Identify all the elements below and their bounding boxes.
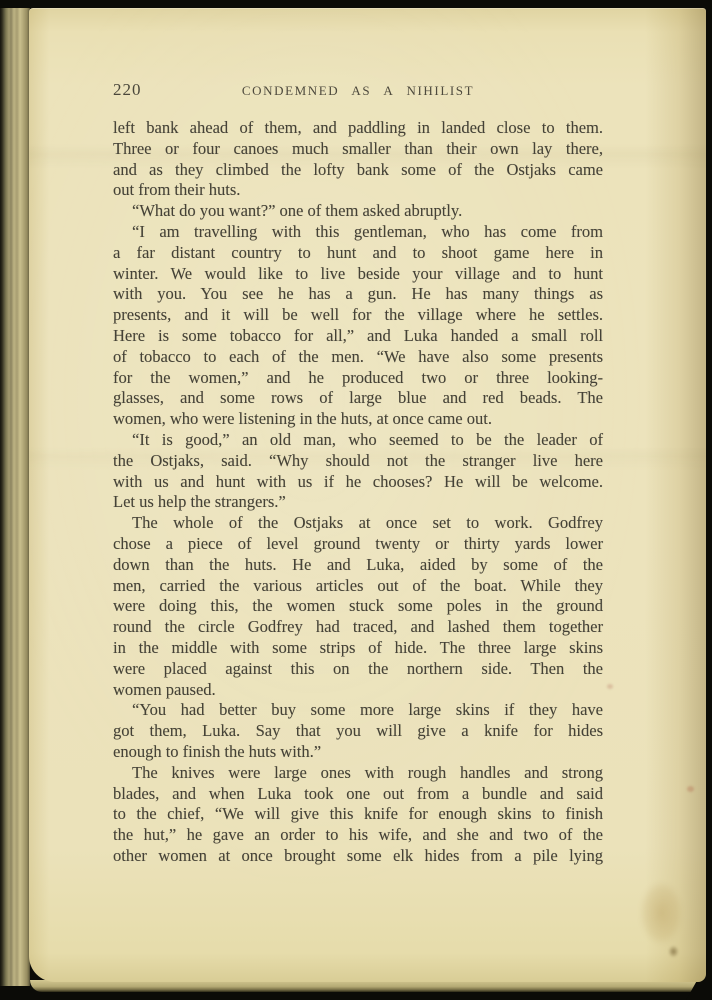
text-line: women, who were listening in the huts, a… — [113, 409, 603, 430]
text-line: the Ostjaks, said. “Why should not the s… — [113, 451, 603, 472]
text-line: with us and hunt with us if he chooses? … — [113, 472, 603, 493]
paragraph: The whole of the Ostjaks at once set to … — [113, 513, 603, 700]
paragraph: left bank ahead of them, and paddling in… — [113, 118, 603, 201]
book-page: 220 CONDEMNED AS A NIHILIST left bank ah… — [29, 8, 706, 982]
text-line: the hut,” he gave an order to his wife, … — [113, 825, 603, 846]
text-line: were placed against this on the northern… — [113, 659, 603, 680]
text-line: glasses, and some rows of large blue and… — [113, 388, 603, 409]
text-line: Three or four canoes much smaller than t… — [113, 139, 603, 160]
text-line: presents, and it will be well for the vi… — [113, 305, 603, 326]
text-line: to the chief, “We will give this knife f… — [113, 804, 603, 825]
text-line: down than the huts. He and Luka, aided b… — [113, 555, 603, 576]
paper-stain — [607, 684, 613, 689]
book-scan: 220 CONDEMNED AS A NIHILIST left bank ah… — [0, 0, 712, 1000]
text-line: with you. You see he has a gun. He has m… — [113, 284, 603, 305]
text-line: chose a piece of level ground twenty or … — [113, 534, 603, 555]
text-line: Here is some tobacco for all,” and Luka … — [113, 326, 603, 347]
paragraph: “It is good,” an old man, who seemed to … — [113, 430, 603, 513]
text-line: of tobacco to each of the men. “We have … — [113, 347, 603, 368]
paragraph: “I am travelling with this gentleman, wh… — [113, 222, 603, 430]
paper-stain — [666, 943, 681, 960]
text-line: blades, and when Luka took one out from … — [113, 784, 603, 805]
text-line: winter. We would like to live beside you… — [113, 264, 603, 285]
text-line: Let us help the strangers.” — [113, 492, 603, 513]
text-line: in the middle with some strips of hide. … — [113, 638, 603, 659]
text-line: for the women,” and he produced two or t… — [113, 368, 603, 389]
text-line: women paused. — [113, 680, 603, 701]
paragraph: “You had better buy some more large skin… — [113, 700, 603, 762]
text-line: “It is good,” an old man, who seemed to … — [113, 430, 603, 451]
text-line: out from their huts. — [113, 180, 603, 201]
text-line: “What do you want?” one of them asked ab… — [113, 201, 603, 222]
page-number: 220 — [113, 80, 142, 100]
paragraph: “What do you want?” one of them asked ab… — [113, 201, 603, 222]
text-line: a far distant country to hunt and to sho… — [113, 243, 603, 264]
text-line: men, carried the various articles out of… — [113, 576, 603, 597]
body-text: left bank ahead of them, and paddling in… — [113, 118, 603, 867]
paper-stain — [632, 870, 690, 956]
text-line: and as they climbed the lofty bank some … — [113, 160, 603, 181]
text-line: left bank ahead of them, and paddling in… — [113, 118, 603, 139]
running-title: CONDEMNED AS A NIHILIST — [113, 80, 603, 99]
text-line: The knives were large ones with rough ha… — [113, 763, 603, 784]
text-line: other women at once brought some elk hid… — [113, 846, 603, 867]
page-edges-left — [0, 8, 30, 986]
running-head: 220 CONDEMNED AS A NIHILIST — [113, 80, 603, 102]
text-line: “I am travelling with this gentleman, wh… — [113, 222, 603, 243]
text-line: were doing this, the women stuck some po… — [113, 596, 603, 617]
paragraph: The knives were large ones with rough ha… — [113, 763, 603, 867]
text-column: 220 CONDEMNED AS A NIHILIST left bank ah… — [113, 8, 603, 867]
text-line: “You had better buy some more large skin… — [113, 700, 603, 721]
text-line: The whole of the Ostjaks at once set to … — [113, 513, 603, 534]
paper-stain — [687, 786, 694, 792]
text-line: enough to finish the huts with.” — [113, 742, 603, 763]
text-line: round the circle Godfrey had traced, and… — [113, 617, 603, 638]
text-line: got them, Luka. Say that you will give a… — [113, 721, 603, 742]
